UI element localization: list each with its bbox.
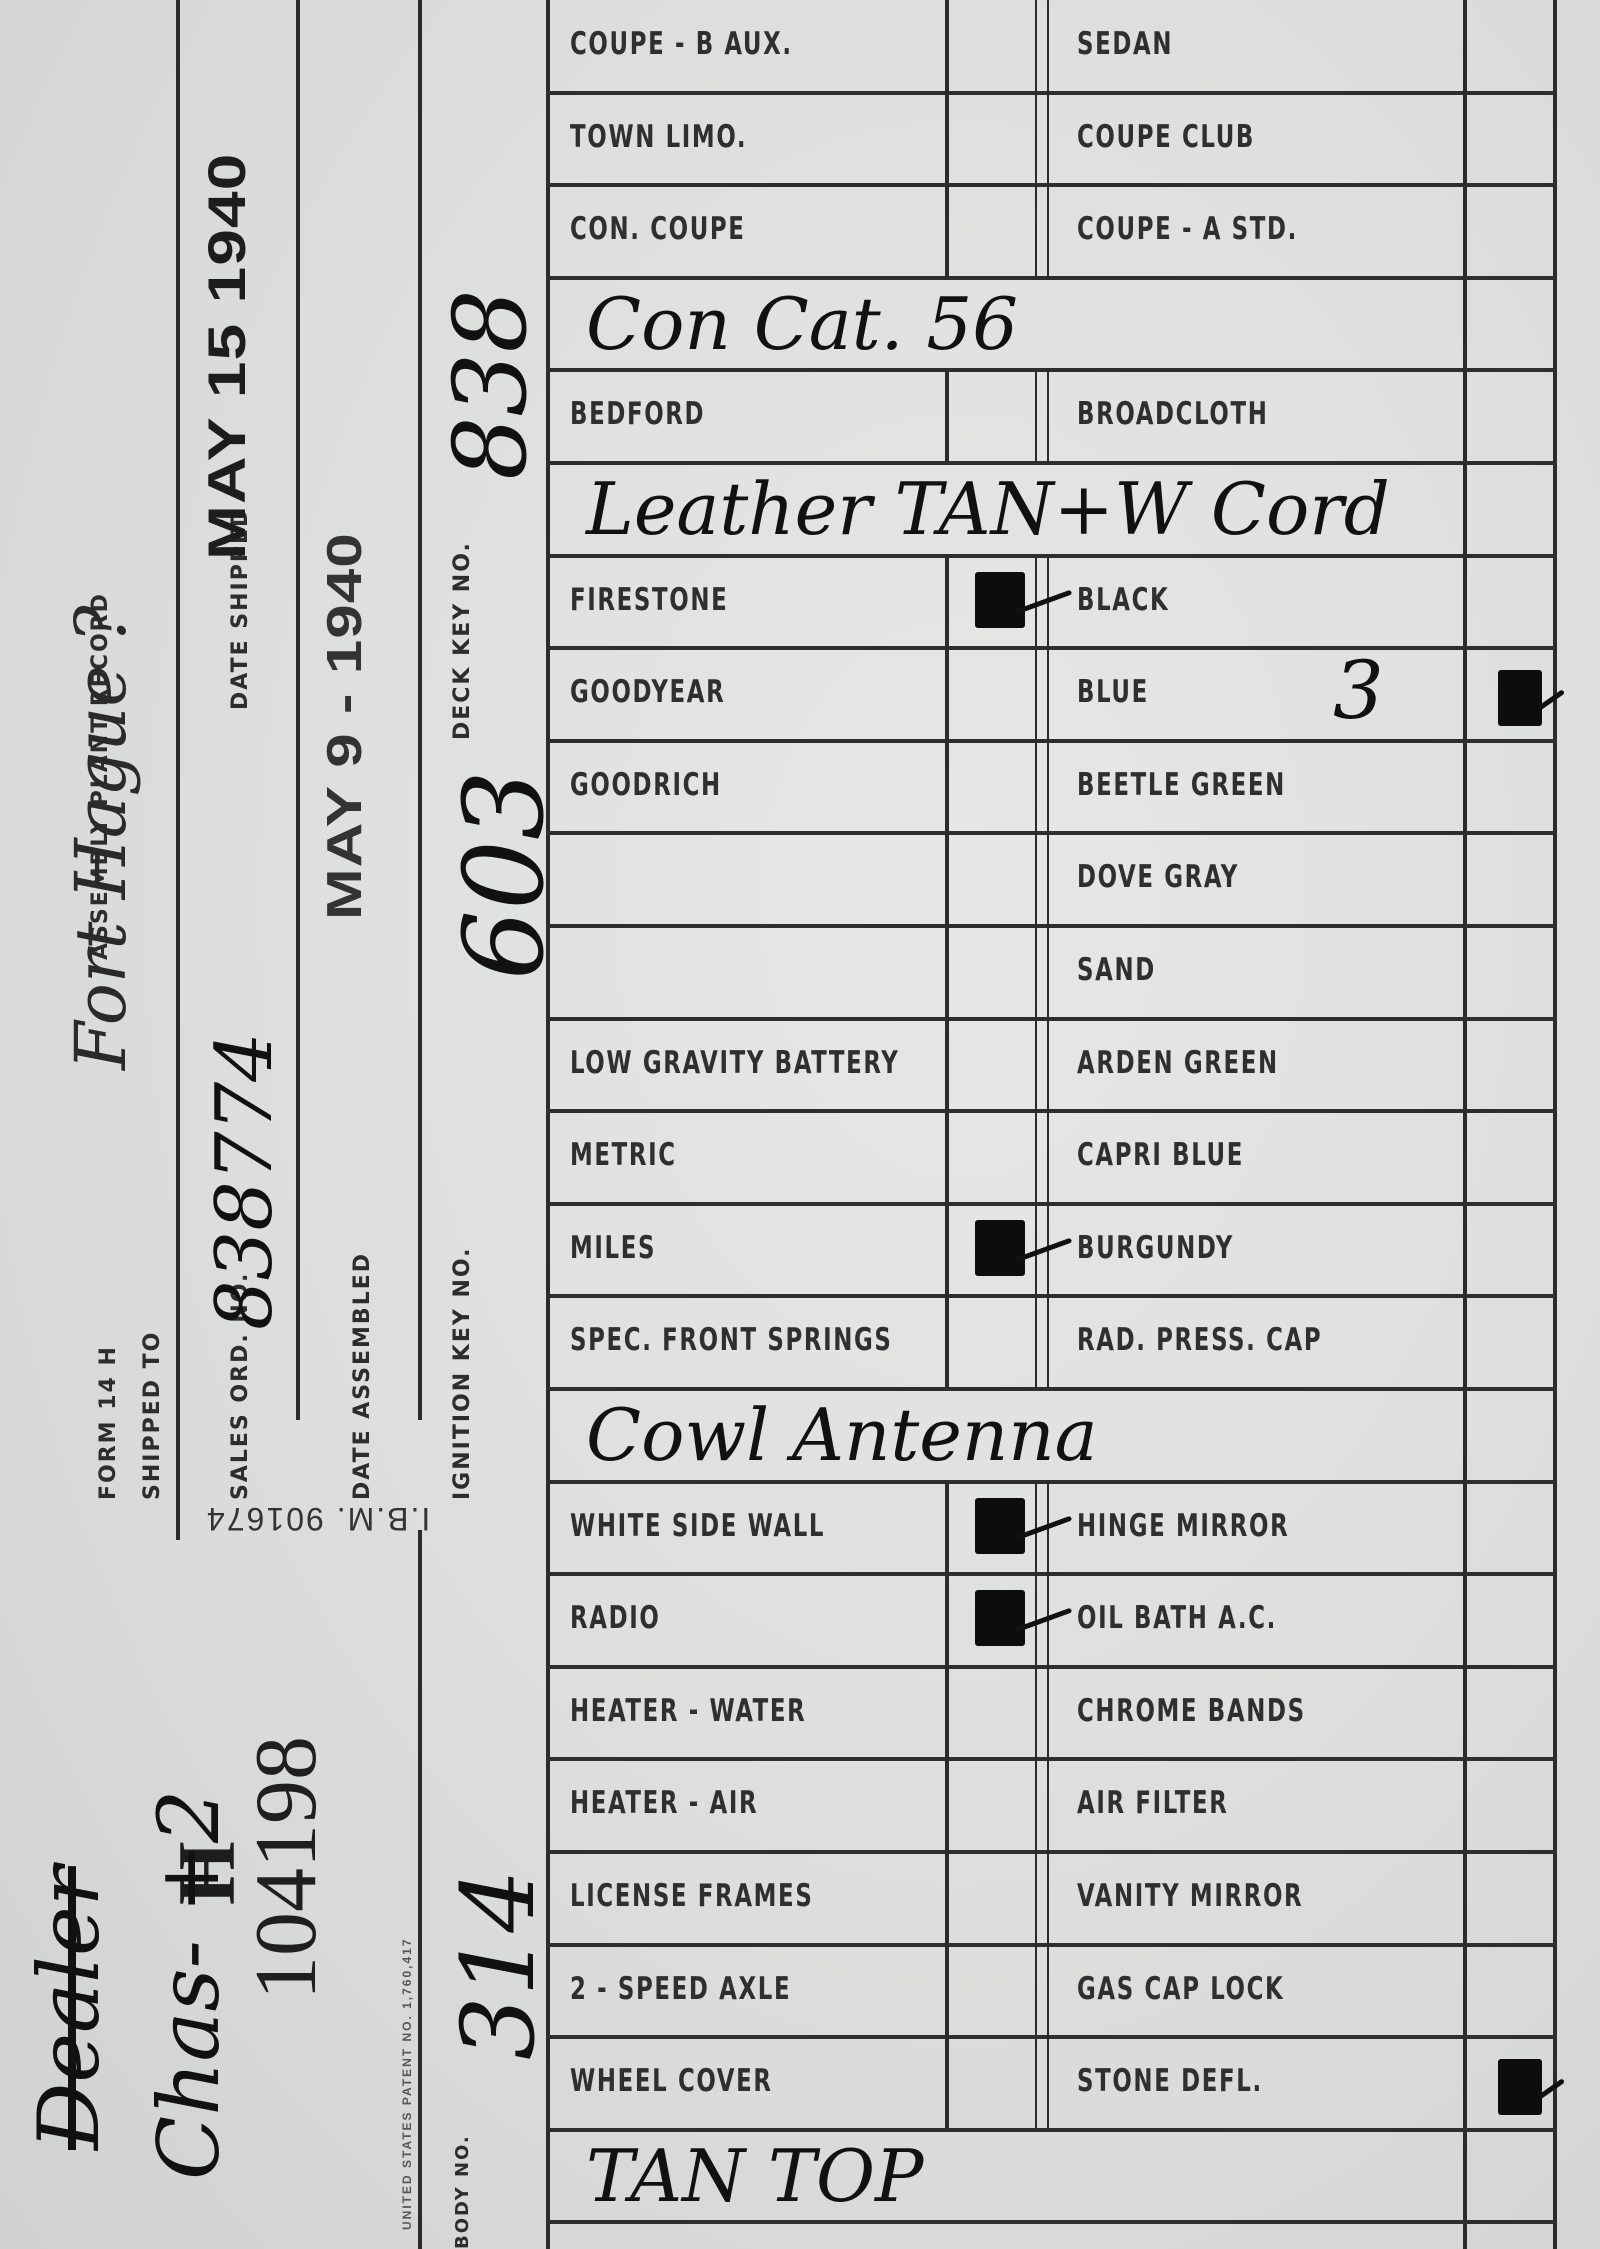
selected-mark-icon [975, 1590, 1025, 1646]
option-left: HEATER - WATER [570, 1693, 806, 1729]
col-rule [945, 370, 949, 463]
grid-left-rule [546, 0, 550, 2249]
deck-key-value: 838 [432, 289, 549, 480]
option-right: HINGE MIRROR [1077, 1508, 1289, 1544]
col-rule-double [1035, 93, 1037, 185]
row-rule [546, 1387, 1557, 1391]
col-rule-double [1047, 1296, 1049, 1389]
col-rule-double [1047, 1019, 1049, 1111]
col-rule-double [1047, 370, 1049, 463]
form-id-label: FORM 14 H [96, 1345, 122, 1500]
body-no-label: BODY NO. [450, 2134, 476, 2249]
col-rule [945, 185, 949, 278]
option-right: COUPE - A STD. [1077, 211, 1298, 247]
col-rule [945, 93, 949, 185]
option-right: SAND [1077, 952, 1156, 988]
rule-date-assembled [418, 0, 422, 1420]
col-rule [945, 1204, 949, 1296]
col-rule [945, 648, 949, 741]
option-right: RAD. PRESS. CAP [1077, 1322, 1322, 1358]
option-left: WHEEL COVER [570, 2063, 773, 2099]
col-rule-double [1047, 0, 1049, 93]
col-rule-double [1035, 1296, 1037, 1389]
option-left: LOW GRAVITY BATTERY [570, 1045, 899, 1081]
date-shipped-value: MAY 15 1940 [196, 153, 257, 560]
grid-far-rule [1463, 0, 1467, 2249]
col-rule-double [1047, 2037, 1049, 2130]
handwritten-entry: TAN TOP [586, 2134, 923, 2218]
col-rule [945, 741, 949, 833]
grid-right-rule [1553, 0, 1557, 2249]
row-rule [546, 183, 1557, 187]
col-rule-double [1047, 93, 1049, 185]
row-rule [546, 554, 1557, 558]
handwritten-entry: Leather TAN+W Cord [586, 467, 1390, 551]
row-rule [546, 368, 1557, 372]
option-left: GOODRICH [570, 767, 722, 803]
option-left: TOWN LIMO. [570, 119, 747, 155]
option-right: BEETLE GREEN [1077, 767, 1286, 803]
col-rule [945, 1759, 949, 1852]
option-left: COUPE - B AUX. [570, 26, 793, 62]
scribbled-signature: Dealer [20, 1866, 118, 2150]
selected-mark-icon [975, 1498, 1025, 1554]
row-rule [546, 461, 1557, 465]
col-rule-double [1047, 926, 1049, 1019]
option-right: CAPRI BLUE [1077, 1137, 1244, 1173]
option-right: SEDAN [1077, 26, 1173, 62]
col-rule-double [1047, 1667, 1049, 1759]
option-right: STONE DEFL. [1077, 2063, 1263, 2099]
option-left: SPEC. FRONT SPRINGS [570, 1322, 893, 1358]
col-rule-double [1047, 833, 1049, 926]
row-rule [546, 646, 1557, 650]
option-left: LICENSE FRAMES [570, 1878, 813, 1914]
option-right: AIR FILTER [1077, 1785, 1229, 1821]
col-rule [945, 1945, 949, 2037]
option-right: VANITY MIRROR [1077, 1878, 1303, 1914]
option-left: 2 - SPEED AXLE [570, 1971, 791, 2007]
selected-mark-icon [1498, 670, 1542, 726]
row-rule [546, 924, 1557, 928]
annotation: 3 [1333, 644, 1384, 737]
option-left: BEDFORD [570, 396, 705, 432]
col-rule-double [1035, 1852, 1037, 1945]
col-rule [945, 2037, 949, 2130]
col-rule [945, 1667, 949, 1759]
row-rule [546, 91, 1557, 95]
col-rule [945, 1574, 949, 1667]
handwritten-entry: Con Cat. 56 [586, 282, 1018, 366]
option-right: DOVE GRAY [1077, 859, 1239, 895]
row-rule [546, 1017, 1557, 1021]
row-rule [546, 831, 1557, 835]
body-no-value: 314 [440, 1869, 557, 2060]
option-right: BURGUNDY [1077, 1230, 1234, 1266]
selected-mark-icon [1498, 2059, 1542, 2115]
ibm-number: I.B.M. 901674 [205, 1500, 430, 1537]
option-right: OIL BATH A.C. [1077, 1600, 1277, 1636]
col-rule [945, 1111, 949, 1204]
col-rule-double [1035, 648, 1037, 741]
date-assembled-label: DATE ASSEMBLED [350, 1252, 376, 1500]
row-rule [546, 1572, 1557, 1576]
row-rule [546, 2220, 1557, 2224]
selected-mark-icon [975, 572, 1025, 628]
option-left: WHITE SIDE WALL [570, 1508, 825, 1544]
option-right: GAS CAP LOCK [1077, 1971, 1284, 2007]
option-left: METRIC [570, 1137, 677, 1173]
col-rule-double [1035, 370, 1037, 463]
shipped-to-value: Fort Hague ? [60, 605, 142, 1070]
row-rule [546, 1850, 1557, 1854]
deck-key-label: DECK KEY NO. [450, 541, 476, 740]
col-rule-double [1047, 1945, 1049, 2037]
patent-text: UNITED STATES PATENT NO. 1,760,417 [400, 1938, 414, 2231]
col-rule-double [1035, 2037, 1037, 2130]
option-left: HEATER - AIR [570, 1785, 758, 1821]
date-assembled-value: MAY 9 - 1940 [316, 532, 373, 920]
row-rule [546, 2128, 1557, 2132]
col-rule-double [1035, 741, 1037, 833]
option-left: RADIO [570, 1600, 660, 1636]
col-rule-double [1035, 926, 1037, 1019]
col-rule [945, 0, 949, 93]
shipped-to-label: SHIPPED TO [140, 1331, 166, 1500]
row-rule [546, 1665, 1557, 1669]
col-rule-double [1047, 1111, 1049, 1204]
col-rule [945, 1019, 949, 1111]
row-rule [546, 2035, 1557, 2039]
col-rule [945, 556, 949, 648]
option-left: GOODYEAR [570, 674, 725, 710]
col-rule-double [1035, 833, 1037, 926]
option-left: FIRESTONE [570, 582, 728, 618]
col-rule-double [1047, 741, 1049, 833]
row-rule [546, 1757, 1557, 1761]
option-right: ARDEN GREEN [1077, 1045, 1279, 1081]
option-right: COUPE CLUB [1077, 119, 1255, 155]
margin-note: Chas- +2 [140, 1790, 238, 2180]
col-rule-double [1047, 185, 1049, 278]
handwritten-entry: Cowl Antenna [586, 1393, 1098, 1477]
row-rule [546, 1480, 1557, 1484]
option-left: MILES [570, 1230, 656, 1266]
row-rule [546, 1943, 1557, 1947]
col-rule-double [1035, 1019, 1037, 1111]
col-rule-double [1047, 648, 1049, 741]
col-rule-double [1035, 1945, 1037, 2037]
col-rule [945, 926, 949, 1019]
option-right: CHROME BANDS [1077, 1693, 1306, 1729]
ignition-key-label: IGNITION KEY NO. [450, 1247, 476, 1500]
col-rule-double [1035, 1111, 1037, 1204]
col-rule-double [1047, 1852, 1049, 1945]
col-rule [945, 1852, 949, 1945]
car-number: 104198 [236, 1736, 337, 2000]
col-rule-double [1035, 1759, 1037, 1852]
col-rule-double [1047, 1759, 1049, 1852]
col-rule-double [1035, 1667, 1037, 1759]
row-rule [546, 1109, 1557, 1113]
option-right: BLACK [1077, 582, 1169, 618]
col-rule [945, 833, 949, 926]
row-rule [546, 1294, 1557, 1298]
col-rule [945, 1482, 949, 1574]
col-rule-double [1035, 0, 1037, 93]
row-rule [546, 739, 1557, 743]
option-right: BROADCLOTH [1077, 396, 1269, 432]
col-rule-double [1035, 185, 1037, 278]
rule-shipped-to [176, 0, 180, 1540]
selected-mark-icon [975, 1220, 1025, 1276]
rule-body [418, 1530, 422, 2249]
sales-ord-value: 838774 [200, 1032, 290, 1330]
row-rule [546, 276, 1557, 280]
option-left: CON. COUPE [570, 211, 746, 247]
row-rule [546, 1202, 1557, 1206]
rule-sales-ord [296, 0, 300, 1420]
option-right: BLUE [1077, 674, 1149, 710]
col-rule [945, 1296, 949, 1389]
